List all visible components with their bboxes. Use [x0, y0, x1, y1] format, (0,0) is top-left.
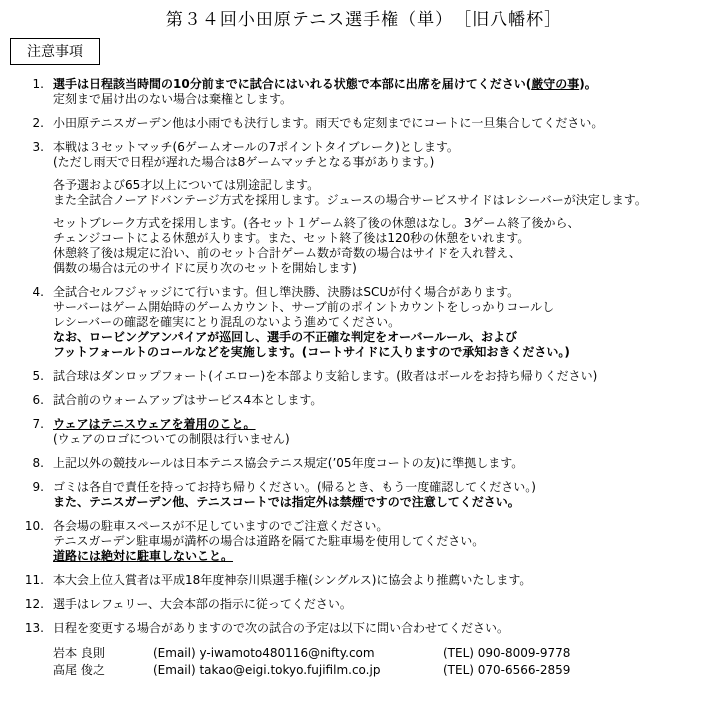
item-text: 上記以外の競技ルールは日本テニス協会テニス規定(’05年度コートの友)に準拠しま… — [53, 456, 720, 471]
contact-name: 岩本 良則 — [53, 645, 153, 662]
notes-list: 1.選手は日程該当時間の10分前までに試合にはいれる状態で本部に出席を届けてくだ… — [8, 77, 720, 636]
item-line: 各会場の駐車スペースが不足していますのでご注意ください。 — [53, 519, 720, 534]
list-item: 7.ウェアはテニスウェアを着用のこと。(ウェアのロゴについての制限は行いません) — [8, 417, 720, 447]
contact-name: 高尾 俊之 — [53, 662, 153, 679]
page-title: 第３４回小田原テニス選手権（単） ［旧八幡杯］ — [8, 5, 720, 30]
item-line: (ウェアのロゴについての制限は行いません) — [53, 432, 720, 447]
item-number: 8. — [8, 456, 53, 471]
list-item: 6.試合前のウォームアップはサービス4本とします。 — [8, 393, 720, 408]
list-item: 2.小田原テニスガーデン他は小雨でも決行します。雨天でも定刻までにコートに一旦集… — [8, 116, 720, 131]
item-line: 休憩終了後は規定に沿い、前のセット合計ゲーム数が奇数の場合はサイドを入れ替え、 — [53, 246, 720, 261]
item-number: 11. — [8, 573, 53, 588]
item-text: 試合前のウォームアップはサービス4本とします。 — [53, 393, 720, 408]
item-line: 小田原テニスガーデン他は小雨でも決行します。雨天でも定刻までにコートに一旦集合し… — [53, 116, 720, 131]
item-line: レシーバーの確認を確実にとり混乱のないよう進めてください。 — [53, 315, 720, 330]
item-text: 選手は日程該当時間の10分前までに試合にはいれる状態で本部に出席を届けてください… — [53, 77, 720, 107]
item-line: 偶数の場合は元のサイドに戻り次のセットを開始します) — [53, 261, 720, 276]
contact-email: (Email) takao@eigi.tokyo.fujifilm.co.jp — [153, 662, 443, 679]
list-item: 10.各会場の駐車スペースが不足していますのでご注意ください。テニスガーデン駐車… — [8, 519, 720, 564]
item-line: 試合球はダンロップフォート(イエロー)を本部より支給します。(敗者はボールをお持… — [53, 369, 720, 384]
item-line: ウェアはテニスウェアを着用のこと。 — [53, 417, 720, 432]
item-line: 選手は日程該当時間の10分前までに試合にはいれる状態で本部に出席を届けてください… — [53, 77, 720, 92]
contact-tel: (TEL) 090-8009-9778 — [443, 645, 570, 662]
contact-tel: (TEL) 070-6566-2859 — [443, 662, 570, 679]
item-text: 選手はレフェリー、大会本部の指示に従ってください。 — [53, 597, 720, 612]
item-line: なお、ロービングアンパイアが巡回し、選手の不正確な判定をオーバールール、および — [53, 330, 720, 345]
item-number: 5. — [8, 369, 53, 384]
item-number: 13. — [8, 621, 53, 636]
item-line: 本大会上位入賞者は平成18年度神奈川県選手権(シングルス)に協会より推薦いたしま… — [53, 573, 720, 588]
list-item: 11.本大会上位入賞者は平成18年度神奈川県選手権(シングルス)に協会より推薦い… — [8, 573, 720, 588]
list-item: 4.全試合セルフジャッジにて行います。但し準決勝、決勝はSCUが付く場合がありま… — [8, 285, 720, 360]
item-number: 2. — [8, 116, 53, 131]
item-line: 本戦は３セットマッチ(6ゲームオールの7ポイントタイブレーク)とします。 — [53, 140, 720, 155]
item-line: サーバーはゲーム開始時のゲームカウント、サーブ前のポイントカウントをしっかりコー… — [53, 300, 720, 315]
list-item: 1.選手は日程該当時間の10分前までに試合にはいれる状態で本部に出席を届けてくだ… — [8, 77, 720, 107]
item-line: チェンジコートによる休憩が入ります。また、セット終了後は120秒の休憩をいれます… — [53, 231, 720, 246]
section-label-box: 注意事項 — [10, 38, 100, 65]
item-text: 日程を変更する場合がありますので次の試合の予定は以下に問い合わせてください。 — [53, 621, 720, 636]
contact-row: 岩本 良則(Email) y-iwamoto480116@nifty.com(T… — [53, 645, 720, 662]
list-item: 9.ゴミは各自で責任を持ってお持ち帰りください。(帰るとき、もう一度確認してくだ… — [8, 480, 720, 510]
item-number: 1. — [8, 77, 53, 107]
item-line: 各予選および65才以上については別途記します。 — [53, 178, 720, 193]
item-line: また全試合ノーアドバンテージ方式を採用します。ジュースの場合サービスサイドはレシ… — [53, 193, 720, 208]
item-line: (ただし雨天で日程が遅れた場合は8ゲームマッチとなる事があります。) — [53, 155, 720, 170]
item-line: 上記以外の競技ルールは日本テニス協会テニス規定(’05年度コートの友)に準拠しま… — [53, 456, 720, 471]
list-item: 3.本戦は３セットマッチ(6ゲームオールの7ポイントタイブレーク)とします。(た… — [8, 140, 720, 276]
item-line: テニスガーデン駐車場が満杯の場合は道路を隔てた駐車場を使用してください。 — [53, 534, 720, 549]
item-line: 道路には絶対に駐車しないこと。 — [53, 549, 720, 564]
item-line: 全試合セルフジャッジにて行います。但し準決勝、決勝はSCUが付く場合があります。 — [53, 285, 720, 300]
item-text: 本戦は３セットマッチ(6ゲームオールの7ポイントタイブレーク)とします。(ただし… — [53, 140, 720, 276]
contacts-list: 岩本 良則(Email) y-iwamoto480116@nifty.com(T… — [53, 645, 720, 679]
list-item: 8.上記以外の競技ルールは日本テニス協会テニス規定(’05年度コートの友)に準拠… — [8, 456, 720, 471]
item-text: 試合球はダンロップフォート(イエロー)を本部より支給します。(敗者はボールをお持… — [53, 369, 720, 384]
item-text: 各会場の駐車スペースが不足していますのでご注意ください。テニスガーデン駐車場が満… — [53, 519, 720, 564]
item-text: ゴミは各自で責任を持ってお持ち帰りください。(帰るとき、もう一度確認してください… — [53, 480, 720, 510]
item-text: ウェアはテニスウェアを着用のこと。(ウェアのロゴについての制限は行いません) — [53, 417, 720, 447]
item-line: 日程を変更する場合がありますので次の試合の予定は以下に問い合わせてください。 — [53, 621, 720, 636]
item-line: フットフォールトのコールなどを実施します。(コートサイドに入りますので承知おきく… — [53, 345, 720, 360]
item-line: セットブレーク方式を採用します。(各セット１ゲーム終了後の休憩はなし。3ゲーム終… — [53, 216, 720, 231]
item-line: ゴミは各自で責任を持ってお持ち帰りください。(帰るとき、もう一度確認してください… — [53, 480, 720, 495]
contact-email: (Email) y-iwamoto480116@nifty.com — [153, 645, 443, 662]
list-item: 12.選手はレフェリー、大会本部の指示に従ってください。 — [8, 597, 720, 612]
item-line: 選手はレフェリー、大会本部の指示に従ってください。 — [53, 597, 720, 612]
item-text: 全試合セルフジャッジにて行います。但し準決勝、決勝はSCUが付く場合があります。… — [53, 285, 720, 360]
contact-row: 高尾 俊之(Email) takao@eigi.tokyo.fujifilm.c… — [53, 662, 720, 679]
item-number: 4. — [8, 285, 53, 360]
item-number: 10. — [8, 519, 53, 564]
item-text: 本大会上位入賞者は平成18年度神奈川県選手権(シングルス)に協会より推薦いたしま… — [53, 573, 720, 588]
item-number: 3. — [8, 140, 53, 276]
item-line: 試合前のウォームアップはサービス4本とします。 — [53, 393, 720, 408]
item-number: 7. — [8, 417, 53, 447]
section-label: 注意事項 — [27, 44, 83, 60]
item-number: 6. — [8, 393, 53, 408]
item-line: また、テニスガーデン他、テニスコートでは指定外は禁煙ですので注意してください。 — [53, 495, 720, 510]
list-item: 13.日程を変更する場合がありますので次の試合の予定は以下に問い合わせてください… — [8, 621, 720, 636]
document-page: 第３４回小田原テニス選手権（単） ［旧八幡杯］ 注意事項 1.選手は日程該当時間… — [0, 0, 728, 679]
item-number: 12. — [8, 597, 53, 612]
item-line: 定刻まで届け出のない場合は棄権とします。 — [53, 92, 720, 107]
item-number: 9. — [8, 480, 53, 510]
item-text: 小田原テニスガーデン他は小雨でも決行します。雨天でも定刻までにコートに一旦集合し… — [53, 116, 720, 131]
list-item: 5.試合球はダンロップフォート(イエロー)を本部より支給します。(敗者はボールを… — [8, 369, 720, 384]
